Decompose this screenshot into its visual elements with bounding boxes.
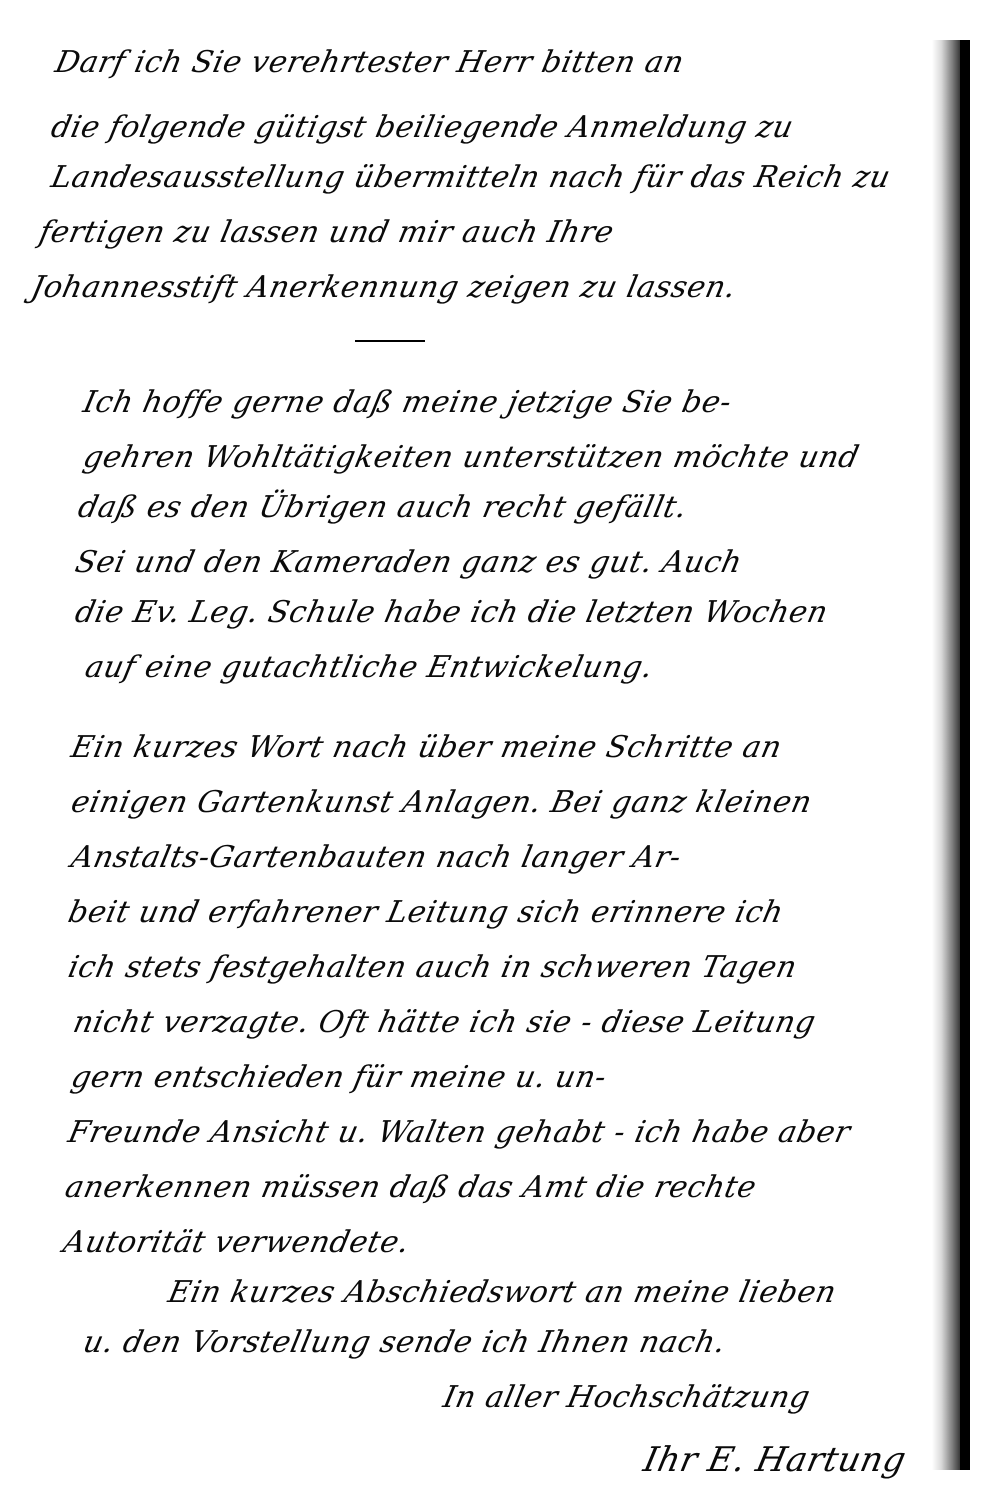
letter-line: beit und erfahrener Leitung sich erinner… [65,895,787,930]
letter-closing: In aller Hochschätzung [440,1380,813,1415]
letter-line: einigen Gartenkunst Anlagen. Bei ganz kl… [68,785,815,820]
letter-line: Freunde Ansicht u. Walten gehabt - ich h… [65,1115,854,1150]
letter-line: die Ev. Leg. Schule habe ich die letzten… [72,595,831,630]
scan-page-edge [960,40,970,1470]
letter-line: anerkennen müssen daß das Amt die rechte [62,1170,760,1205]
letter-line: ich stets festgehalten auch in schweren … [65,950,800,985]
section-divider [355,340,425,342]
letter-line: Johannesstift Anerkennung zeigen zu lass… [28,270,739,305]
letter-line: nicht verzagte. Oft hätte ich sie - dies… [70,1005,819,1040]
letter-line: Ein kurzes Abschiedswort an meine lieben [165,1275,840,1310]
letter-line: Sei und den Kameraden ganz es gut. Auch [72,545,745,580]
letter-line: auf eine gutachtliche Entwickelung. [82,650,656,685]
letter-line: fertigen zu lassen und mir auch Ihre [36,215,617,250]
letter-line: Autorität verwendete. [60,1225,413,1260]
letter-signature: Ihr E. Hartung [640,1440,910,1480]
letter-line: Ich hoffe gerne daß meine jetzige Sie be… [80,385,735,420]
letter-line: gern entschieden für meine u. un- [68,1060,610,1095]
letter-line: u. den Vorstellung sende ich Ihnen nach. [80,1325,729,1360]
letter-line: Landesausstellung übermitteln nach für d… [48,160,894,195]
letter-line: Anstalts-Gartenbauten nach langer Ar- [68,840,685,875]
letter-line: daß es den Übrigen auch recht gefällt. [75,490,690,525]
letter-line: Ein kurzes Wort nach über meine Schritte… [68,730,785,765]
letter-line: die folgende gütigst beiliegende Anmeldu… [48,110,797,145]
letter-line: Darf ich Sie verehrtester Herr bitten an [52,45,687,80]
letter-line: gehren Wohltätigkeiten unterstützen möch… [80,440,862,475]
letter-page: Darf ich Sie verehrtester Herr bitten an… [0,0,1000,1510]
